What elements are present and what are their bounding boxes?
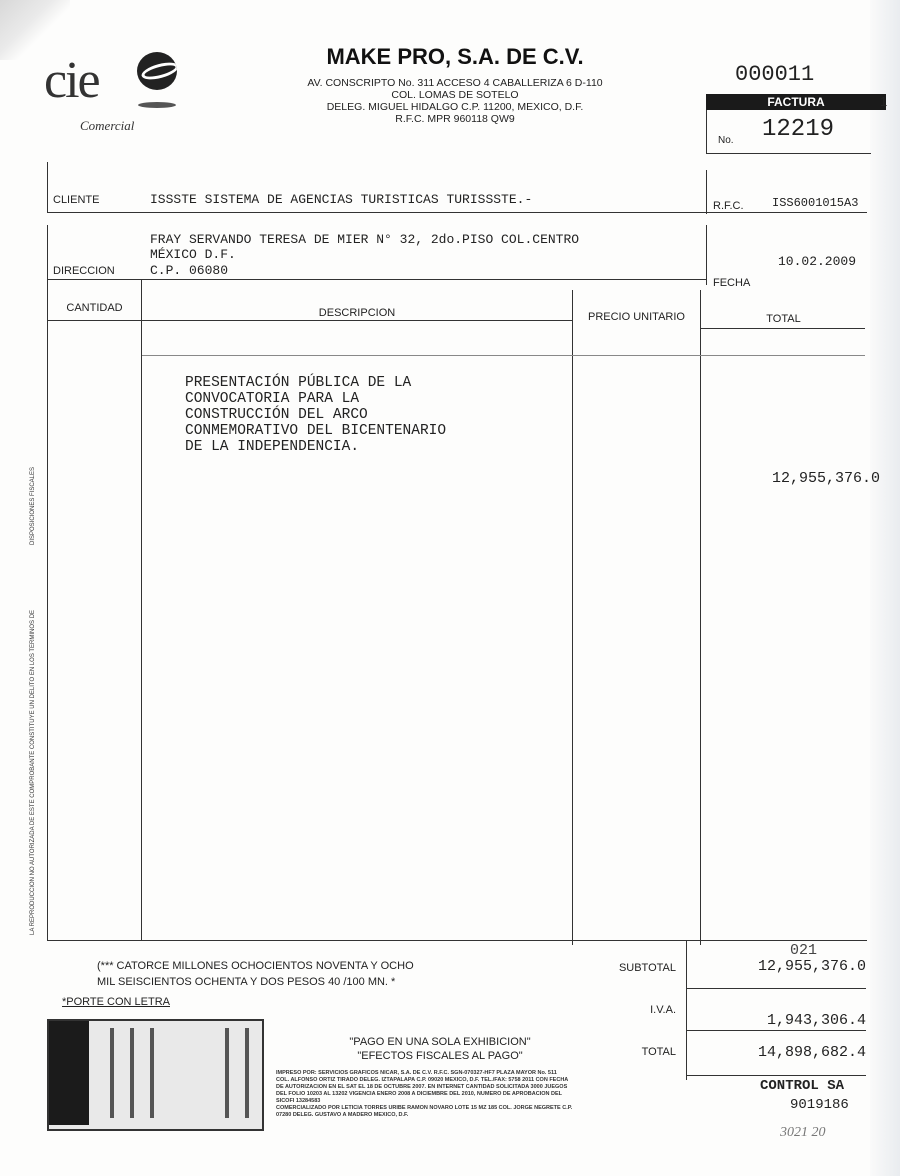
- amount-in-words-line: (*** CATORCE MILLONES OCHOCIENTOS NOVENT…: [97, 958, 414, 974]
- column-header-unit-price: PRECIO UNITARIO: [573, 311, 700, 323]
- iva-value: 1,943,306.4: [700, 1012, 866, 1029]
- summary-divider: [686, 940, 687, 1080]
- stamp-strip: [225, 1028, 229, 1118]
- company-address-line: COL. LOMAS DE SOTELO: [270, 89, 640, 101]
- scan-edge: [870, 0, 900, 1176]
- reproduction-warning: LA REPRODUCCION NO AUTORIZADA DE ESTE CO…: [30, 610, 36, 935]
- column-divider: [572, 290, 573, 945]
- logo-wordmark: cie: [44, 55, 99, 107]
- payment-note: "PAGO EN UNA SOLA EXHIBICION": [300, 1035, 580, 1049]
- printer-line: 07280 DELEG. GUSTAVO A MADERO MEXICO, D.…: [276, 1112, 592, 1119]
- printer-line: SICOFI 13284583: [276, 1098, 592, 1105]
- invoice-number-label: No.: [718, 135, 734, 146]
- folio-stamp: 000011: [735, 62, 814, 87]
- control-number: 9019186: [790, 1097, 849, 1113]
- payment-notes: "PAGO EN UNA SOLA EXHIBICION" "EFECTOS F…: [300, 1035, 580, 1063]
- handwritten-note: 3021 20: [780, 1125, 826, 1141]
- stamp-strip: [130, 1028, 134, 1118]
- printer-line: COMERCIALIZADO POR LETICIA TORRES URIBE …: [276, 1105, 592, 1112]
- item-description: PRESENTACIÓN PÚBLICA DE LA CONVOCATORIA …: [185, 375, 446, 455]
- logo-globe-icon: [137, 52, 177, 90]
- column-header-quantity: CANTIDAD: [48, 302, 141, 314]
- client-name: ISSSTE SISTEMA DE AGENCIAS TURISTICAS TU…: [150, 192, 532, 207]
- company-address-line: DELEG. MIGUEL HIDALGO C.P. 11200, MEXICO…: [270, 101, 640, 113]
- amount-in-words-line: MIL SEISCIENTOS OCHENTA Y DOS PESOS 40 /…: [97, 974, 414, 990]
- iva-label: I.V.A.: [580, 1004, 676, 1016]
- client-label: CLIENTE: [53, 194, 99, 206]
- logo-subtitle: Comercial: [80, 118, 134, 134]
- header-divider: [47, 320, 572, 321]
- stamp-strip: [150, 1028, 154, 1118]
- summary-divider: [686, 1075, 866, 1076]
- table-border: [47, 280, 48, 940]
- summary-divider: [686, 1030, 866, 1031]
- printer-line: DE AUTORIZACION EN EL SAT EL 18 DE OCTUB…: [276, 1084, 592, 1091]
- divider: [47, 162, 48, 213]
- column-header-description: DESCRIPCION: [142, 307, 572, 319]
- invoice-type-suffix: 1: [880, 94, 887, 109]
- divider: [47, 279, 707, 280]
- payment-note: "EFECTOS FISCALES AL PAGO": [300, 1049, 580, 1063]
- company-address-line: AV. CONSCRIPTO No. 311 ACCESO 4 CABALLER…: [270, 77, 640, 89]
- divider: [706, 170, 707, 214]
- subtotal-annotation: 021: [790, 942, 817, 959]
- client-address-line: MÉXICO D.F.: [150, 247, 236, 262]
- stamp-strip: [110, 1028, 114, 1118]
- printer-info: IMPRESO POR: SERVICIOS GRAFICOS NICAR, S…: [276, 1070, 592, 1119]
- stamp-strip: [245, 1028, 249, 1118]
- fiscal-note: DISPOSICIONES FISCALES: [30, 467, 36, 545]
- divider: [47, 212, 867, 213]
- amount-in-words-label: *PORTE CON LETRA: [62, 996, 170, 1008]
- logo-base-icon: [138, 102, 176, 108]
- amount-in-words: (*** CATORCE MILLONES OCHOCIENTOS NOVENT…: [97, 958, 414, 990]
- client-address-line: C.P. 06080: [150, 263, 228, 278]
- divider: [706, 225, 707, 285]
- summary-divider: [686, 988, 866, 989]
- sat-logo-icon: [49, 1021, 89, 1125]
- column-header-total: TOTAL: [701, 313, 866, 325]
- subtotal-value: 12,955,376.0: [700, 958, 866, 975]
- total-value: 14,898,682.4: [700, 1044, 866, 1061]
- invoice-page: cie Comercial MAKE PRO, S.A. DE C.V. AV.…: [0, 0, 900, 1176]
- divider: [47, 225, 48, 280]
- column-divider: [141, 280, 142, 940]
- control-label: CONTROL SA: [760, 1078, 844, 1094]
- printer-line: DEL FOLIO 10203 AL 13202 VIGENCIA ENERO …: [276, 1091, 592, 1098]
- invoice-date: 10.02.2009: [778, 254, 856, 269]
- divider: [706, 110, 707, 154]
- column-divider: [700, 290, 701, 945]
- rfc-label: R.F.C.: [713, 200, 744, 212]
- printer-line: COL. ALFONSO ORTIZ TIRADO DELEG. IZTAPAL…: [276, 1077, 592, 1084]
- table-bottom: [47, 940, 867, 941]
- company-rfc: R.F.C. MPR 960118 QW9: [270, 113, 640, 125]
- folded-corner: [0, 0, 70, 60]
- company-name: MAKE PRO, S.A. DE C.V.: [270, 44, 640, 70]
- subtotal-label: SUBTOTAL: [580, 962, 676, 974]
- date-label: FECHA: [713, 277, 750, 289]
- header-divider: [700, 328, 865, 329]
- divider: [706, 153, 871, 154]
- total-label: TOTAL: [580, 1046, 676, 1058]
- item-total: 12,955,376.0: [700, 470, 880, 487]
- address-label: DIRECCION: [53, 265, 115, 277]
- invoice-type-label: FACTURA: [706, 94, 886, 110]
- client-address-line: FRAY SERVANDO TERESA DE MIER N° 32, 2do.…: [150, 232, 579, 247]
- row-divider: [142, 355, 865, 356]
- printer-line: IMPRESO POR: SERVICIOS GRAFICOS NICAR, S…: [276, 1070, 592, 1077]
- invoice-number: 12219: [762, 116, 834, 143]
- client-rfc: ISS6001015A3: [772, 196, 858, 210]
